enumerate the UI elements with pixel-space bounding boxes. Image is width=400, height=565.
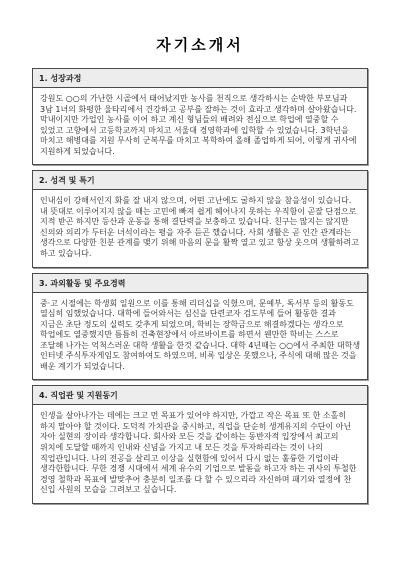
page-title: 자기소개서 [0,34,400,55]
section-personality-header: 2. 성격 및 특기 [33,171,367,190]
section-activities: 3. 과외활동 및 주요경력 중·고 시절에는 학생회 일원으로 이를 통해 리… [32,273,368,381]
resume-document-page: 자기소개서 1. 성장과정 강원도 ○○의 가난한 시골에서 태어났지만 농사를… [0,0,400,565]
section-activities-body: 중·고 시절에는 학생회 일원으로 이를 통해 리더십을 익혔으며, 문예부, … [33,293,367,380]
section-motivation-body: 인생을 살아나가는 데에는 크고 먼 목표가 있어야 하지만, 가깝고 작은 목… [33,405,367,502]
section-growth-process: 1. 성장과정 강원도 ○○의 가난한 시골에서 태어났지만 농사를 천직으로 … [32,68,368,165]
section-motivation-header: 4. 직업관 및 지원동기 [33,386,367,405]
section-personality: 2. 성격 및 특기 인내심이 강해서인지 화를 잘 내지 않으며, 어떤 고난… [32,170,368,267]
section-growth-process-header: 1. 성장과정 [33,69,367,88]
section-personality-body: 인내심이 강해서인지 화를 잘 내지 않으며, 어떤 고난에도 굴하지 않을 참… [33,190,367,266]
section-activities-header: 3. 과외활동 및 주요경력 [33,274,367,293]
section-motivation: 4. 직업관 및 지원동기 인생을 살아나가는 데에는 크고 먼 목표가 있어야… [32,385,368,503]
section-growth-process-body: 강원도 ○○의 가난한 시골에서 태어났지만 농사를 천직으로 생각하시는 순박… [33,88,367,164]
